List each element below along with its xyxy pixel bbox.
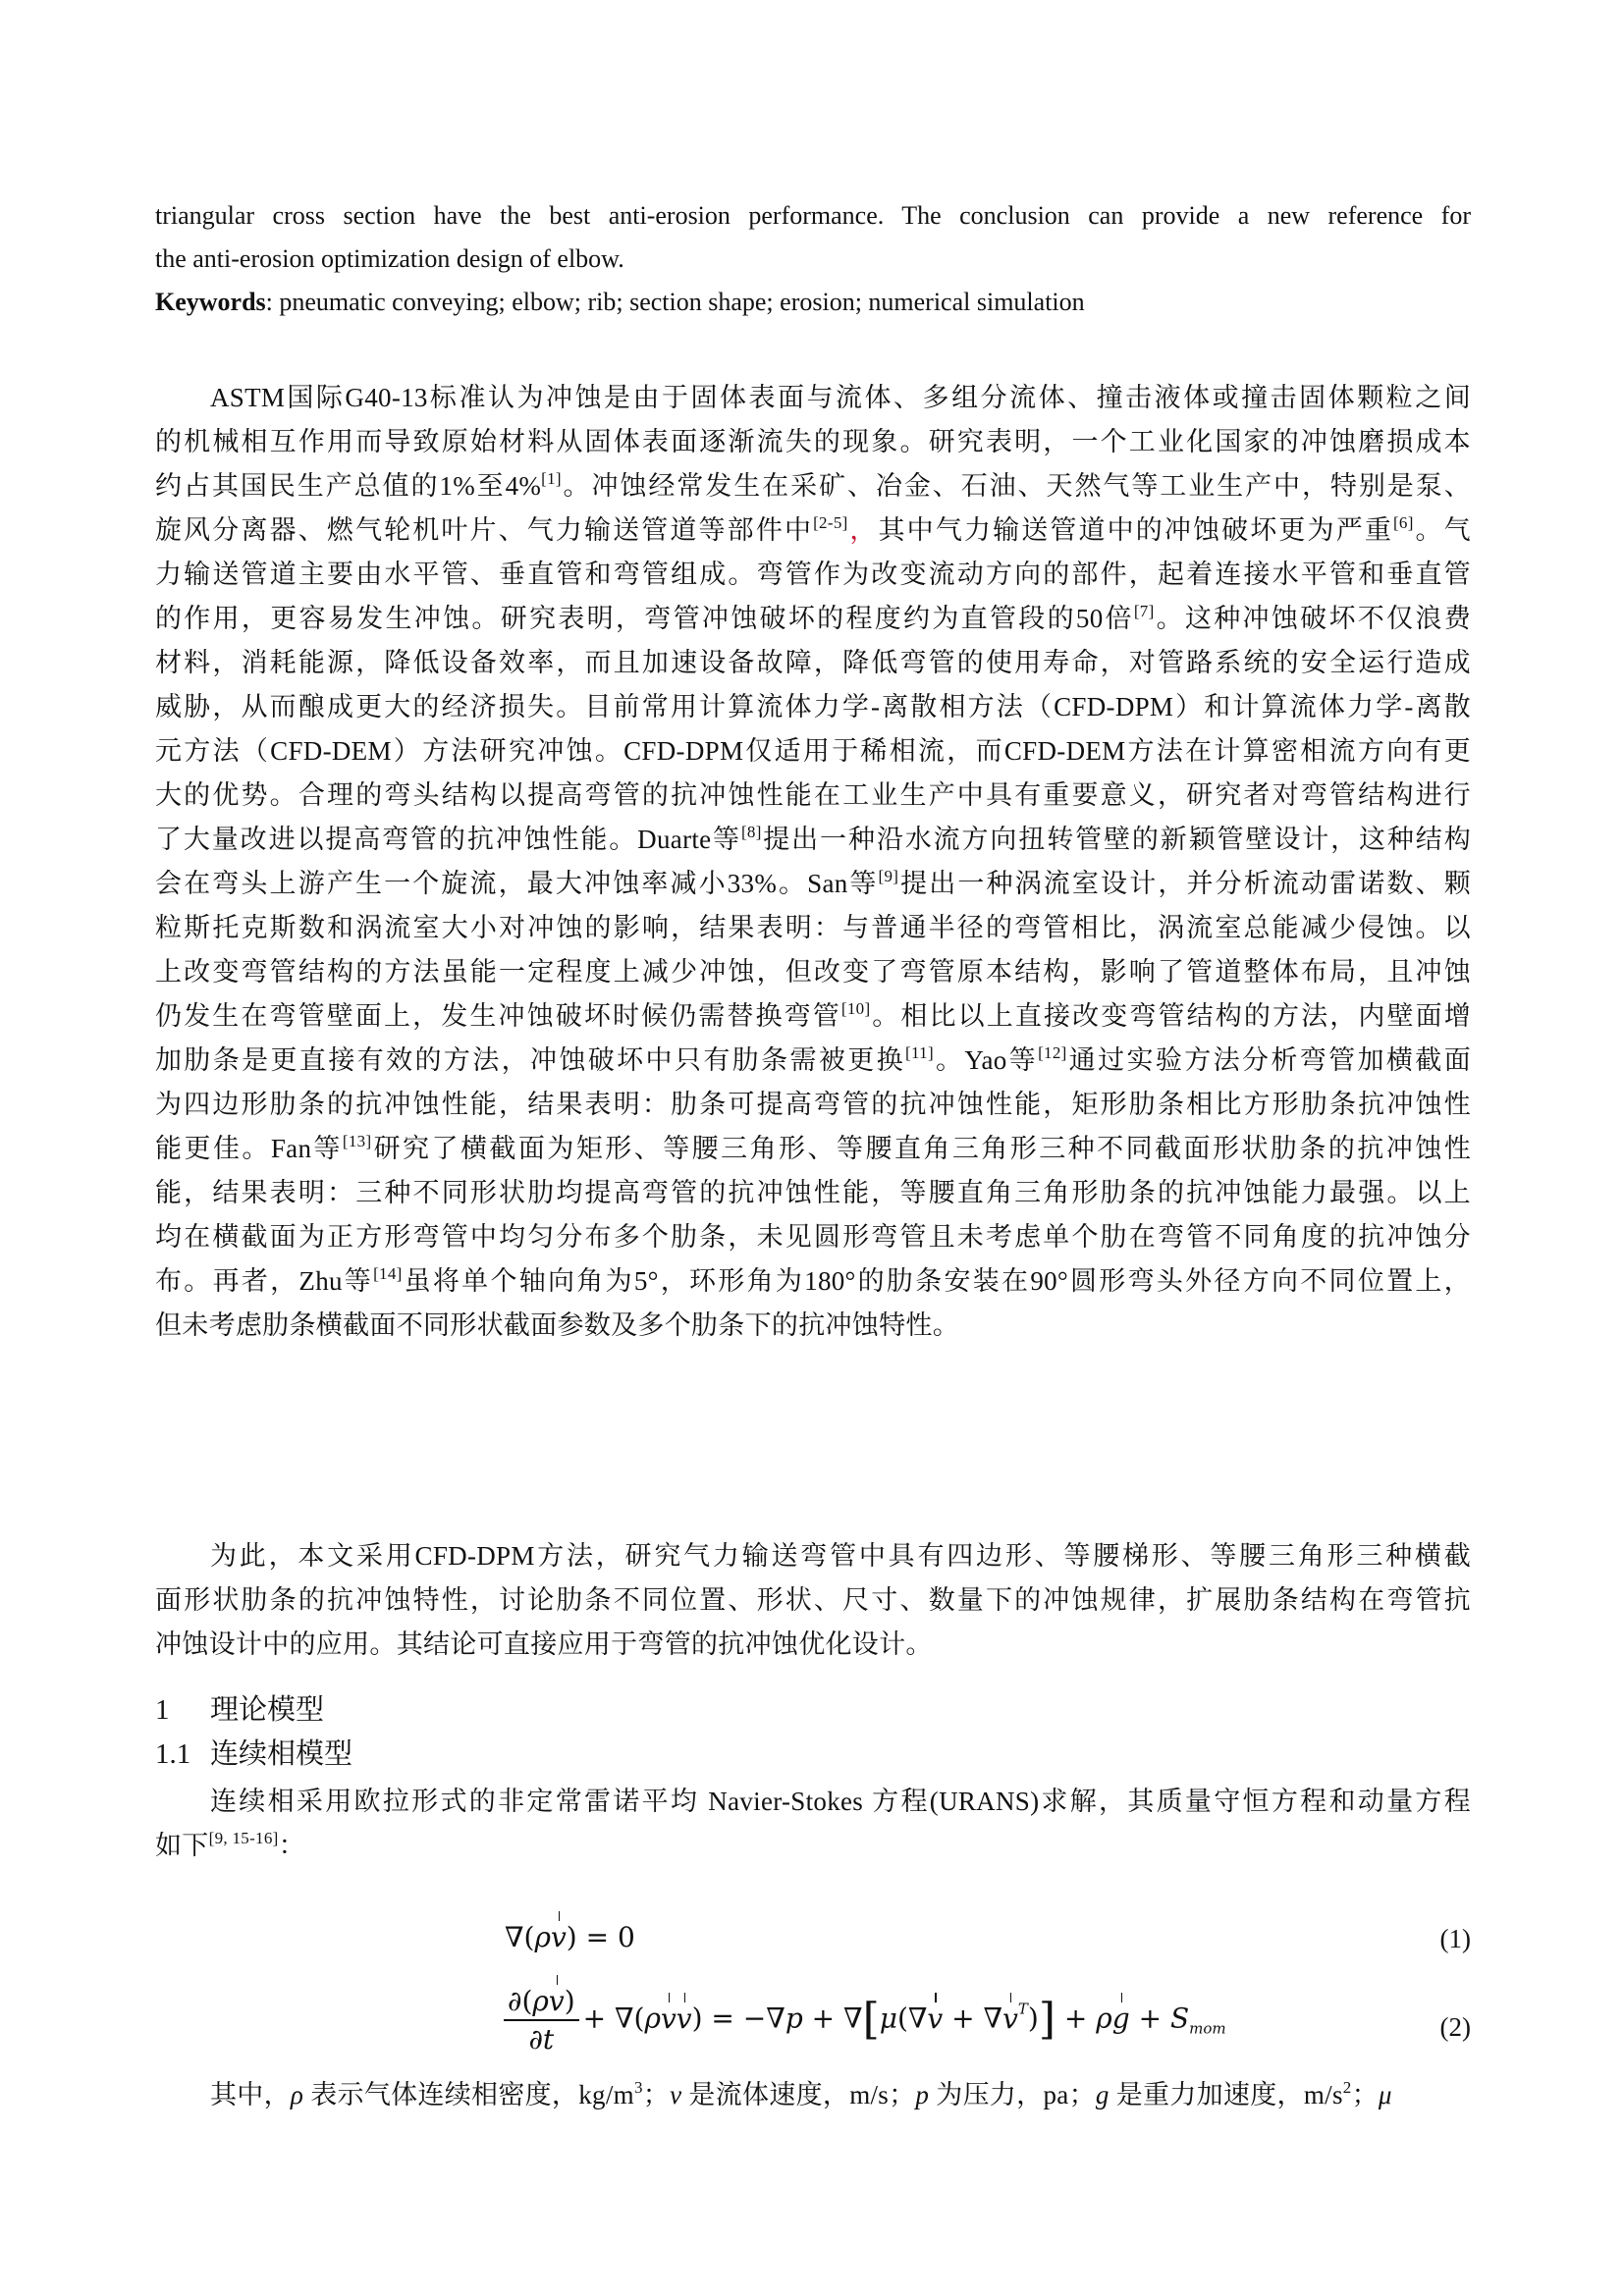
p1-line: 了大量改进以提高弯管的抗冲蚀性能。Duarte等[8]提出一种沿水流方向扭转管壁… <box>155 818 1471 862</box>
text: 加肋条是更直接有效的方法，冲蚀破坏中只有肋条需被更换 <box>155 1045 905 1075</box>
keywords-text: : pneumatic conveying; elbow; rib; secti… <box>266 288 1085 316</box>
text: 的作用，更容易发生冲蚀。研究表明，弯管冲蚀破坏的程度约为直管段的50倍 <box>155 604 1134 633</box>
p1-line: 威胁，从而酿成更大的经济损失。目前常用计算流体力学-离散相方法（CFD-DPM）… <box>155 685 1471 729</box>
p2-line: 面形状肋条的抗冲蚀特性，讨论肋条不同位置、形状、尺寸、数量下的冲蚀规律，扩展肋条… <box>155 1578 1471 1623</box>
text: 其中气力输送管道中的冲蚀破坏更为严重 <box>879 515 1393 545</box>
citation: [6] <box>1393 513 1414 532</box>
p1-line: 仍发生在弯管壁面上，发生冲蚀破坏时候仍需替换弯管[10]。相比以上直接改变弯管结… <box>155 994 1471 1039</box>
variable-definitions-line: 其中，ρ 表示气体连续相密度，kg/m3；v 是流体速度，m/s；p 为压力，p… <box>155 2073 1471 2117</box>
subsection-title: 连续相模型 <box>210 1738 352 1770</box>
p2-line: 为此，本文采用CFD-DPM方法，研究气力输送弯管中具有四边形、等腰梯形、等腰三… <box>155 1534 1471 1578</box>
math-symbol: ρ <box>291 2080 303 2109</box>
section-title: 理论模型 <box>210 1694 324 1726</box>
text: 约占其国民生产总值的1%至4% <box>155 471 541 501</box>
citation: [8] <box>741 823 762 841</box>
p1-line: 为四边形肋条的抗冲蚀性能，结果表明：肋条可提高弯管的抗冲蚀性能，矩形肋条相比方形… <box>155 1083 1471 1127</box>
p1-line: 会在弯头上游产生一个旋流，最大冲蚀率减小33%。San等[9]提出一种涡流室设计… <box>155 862 1471 906</box>
text: ； <box>643 2080 670 2109</box>
citation: [13] <box>343 1132 372 1150</box>
text: ； <box>1352 2080 1379 2109</box>
text: 是重力加速度，m/s <box>1110 2080 1343 2109</box>
text: 。冲蚀经常发生在采矿、冶金、石油、天然气等工业生产中，特别是泵、 <box>562 471 1471 501</box>
section-number: 1 <box>155 1688 210 1733</box>
text: 是流体速度，m/s； <box>681 2080 915 2109</box>
p2-line: 冲蚀设计中的应用。其结论可直接应用于弯管的抗冲蚀优化设计。 <box>155 1623 1471 1667</box>
citation: [14] <box>373 1264 403 1283</box>
text: 虽将单个轴向角为5°，环形角为180°的肋条安装在90°圆形弯头外径方向不同位置… <box>403 1266 1471 1296</box>
p1-line: 粒斯托克斯数和涡流室大小对冲蚀的影响，结果表明：与普通半径的弯管相比，涡流室总能… <box>155 906 1471 950</box>
text: 提出一种涡流室设计，并分析流动雷诺数、颗 <box>898 869 1471 898</box>
text: 研究了横截面为矩形、等腰三角形、等腰直角三角形三种不同截面形状肋条的抗冲蚀性 <box>371 1134 1471 1163</box>
keywords-line: Keywords: pneumatic conveying; elbow; ri… <box>155 281 1471 324</box>
p1-line: 的机械相互作用而导致原始材料从固体表面逐渐流失的现象。研究表明，一个工业化国家的… <box>155 420 1471 464</box>
partial-fraction: ∂(ρv) ∂t <box>504 1985 579 2056</box>
p1-line: 的作用，更容易发生冲蚀。研究表明，弯管冲蚀破坏的程度约为直管段的50倍[7]。这… <box>155 597 1471 641</box>
text: 其中， <box>210 2080 291 2109</box>
continuous-phase-paragraph-line-2: 如下[9, 15-16]： <box>155 1824 1471 1868</box>
p1-line: 力输送管道主要由水平管、垂直管和弯管组成。弯管作为改变流动方向的部件，起着连接水… <box>155 553 1471 597</box>
unit-exponent: 2 <box>1343 2078 1352 2097</box>
abstract-line-2: the anti-erosion optimization design of … <box>155 238 1471 281</box>
citation: [1] <box>541 469 562 488</box>
citation: [10] <box>841 999 871 1018</box>
p1-line: 旋风分离器、燃气轮机叶片、气力输送管道等部件中[2-5]，其中气力输送管道中的冲… <box>155 508 1471 553</box>
equation-2-label: (2) <box>1440 2012 1471 2043</box>
p1-line: 大的优势。合理的弯头结构以提高弯管的抗冲蚀性能在工业生产中具有重要意义，研究者对… <box>155 774 1471 818</box>
math-symbol: p <box>915 2080 929 2109</box>
unit-exponent: 3 <box>634 2078 643 2097</box>
p1-line: 能更佳。Fan等[13]研究了横截面为矩形、等腰三角形、等腰直角三角形三种不同截… <box>155 1127 1471 1171</box>
p1-line: 但未考虑肋条横截面不同形状截面参数及多个肋条下的抗冲蚀特性。 <box>155 1304 1471 1348</box>
math-symbol: g <box>1096 2080 1110 2109</box>
subsection-heading-1-1: 1.1连续相模型 <box>155 1733 352 1777</box>
text: 。相比以上直接改变弯管结构的方法，内壁面增 <box>870 1001 1471 1031</box>
p1-line: 布。再者，Zhu等[14]虽将单个轴向角为5°，环形角为180°的肋条安装在90… <box>155 1259 1471 1304</box>
p1-line: ASTM国际G40-13标准认为冲蚀是由于固体表面与流体、多组分流体、撞击液体或… <box>155 376 1471 420</box>
text: 能更佳。Fan等 <box>155 1134 343 1163</box>
citation: [11] <box>905 1043 934 1062</box>
text: 会在弯头上游产生一个旋流，最大冲蚀率减小33%。San等 <box>155 869 879 898</box>
citation: [9, 15-16] <box>209 1829 279 1847</box>
equation-2: ∂(ρv) ∂t + ∇(ρvv) = −∇p + ∇[μ(∇v + ∇vT)]… <box>504 1985 1226 2056</box>
p1-line: 上改变弯管结构的方法虽能一定程度上减少冲蚀，但改变了弯管原本结构，影响了管道整体… <box>155 950 1471 994</box>
citation: [12] <box>1038 1043 1067 1062</box>
p1-line: 元方法（CFD-DEM）方法研究冲蚀。CFD-DPM仅适用于稀相流，而CFD-D… <box>155 729 1471 774</box>
text: 提出一种沿水流方向扭转管壁的新颖管壁设计，这种结构 <box>762 825 1471 854</box>
text: 如下 <box>155 1831 209 1860</box>
citation: [9] <box>879 867 899 885</box>
math-symbol: v <box>670 2080 681 2109</box>
text: 表示气体连续相密度，kg/m <box>303 2080 634 2109</box>
keywords-label: Keywords <box>155 288 266 316</box>
p1-line: 材料，消耗能源，降低设备效率，而且加速设备故障，降低弯管的使用寿命，对管路系统的… <box>155 641 1471 685</box>
text: 。这种冲蚀破坏不仅浪费 <box>1155 604 1471 633</box>
p1-line: 约占其国民生产总值的1%至4%[1]。冲蚀经常发生在采矿、冶金、石油、天然气等工… <box>155 464 1471 508</box>
text: 通过实验方法分析弯管加横截面 <box>1067 1045 1471 1075</box>
p1-line: 加肋条是更直接有效的方法，冲蚀破坏中只有肋条需被更换[11]。Yao等[12]通… <box>155 1039 1471 1083</box>
section-heading-1: 1理论模型 <box>155 1688 324 1733</box>
text: 旋风分离器、燃气轮机叶片、气力输送管道等部件中 <box>155 515 813 545</box>
text: ： <box>279 1831 305 1860</box>
abstract-line-1: triangular cross section have the best a… <box>155 194 1471 238</box>
text: 。气 <box>1414 515 1471 545</box>
continuous-phase-paragraph-line-1: 连续相采用欧拉形式的非定常雷诺平均 Navier-Stokes 方程(URANS… <box>155 1780 1471 1824</box>
citation: [7] <box>1134 602 1155 620</box>
p1-line: 能，结果表明：三种不同形状肋均提高弯管的抗冲蚀性能，等腰直角三角形肋条的抗冲蚀能… <box>155 1171 1471 1215</box>
math-symbol: μ <box>1379 2080 1392 2109</box>
text: 了大量改进以提高弯管的抗冲蚀性能。Duarte等 <box>155 825 741 854</box>
text: 为压力，pa； <box>929 2080 1096 2109</box>
citation: [2-5] <box>813 513 847 532</box>
text: 。Yao等 <box>934 1045 1038 1075</box>
p1-line: 均在横截面为正方形弯管中均匀分布多个肋条，未见圆形弯管且未考虑单个肋在弯管不同角… <box>155 1215 1471 1259</box>
equation-1-label: (1) <box>1440 1924 1471 1954</box>
equation-1: ∇(ρv) = 0 <box>505 1921 635 1953</box>
text: 仍发生在弯管壁面上，发生冲蚀破坏时候仍需替换弯管 <box>155 1001 841 1031</box>
subsection-number: 1.1 <box>155 1733 210 1777</box>
highlighted-comma: ， <box>848 515 879 545</box>
text: 布。再者，Zhu等 <box>155 1266 373 1296</box>
